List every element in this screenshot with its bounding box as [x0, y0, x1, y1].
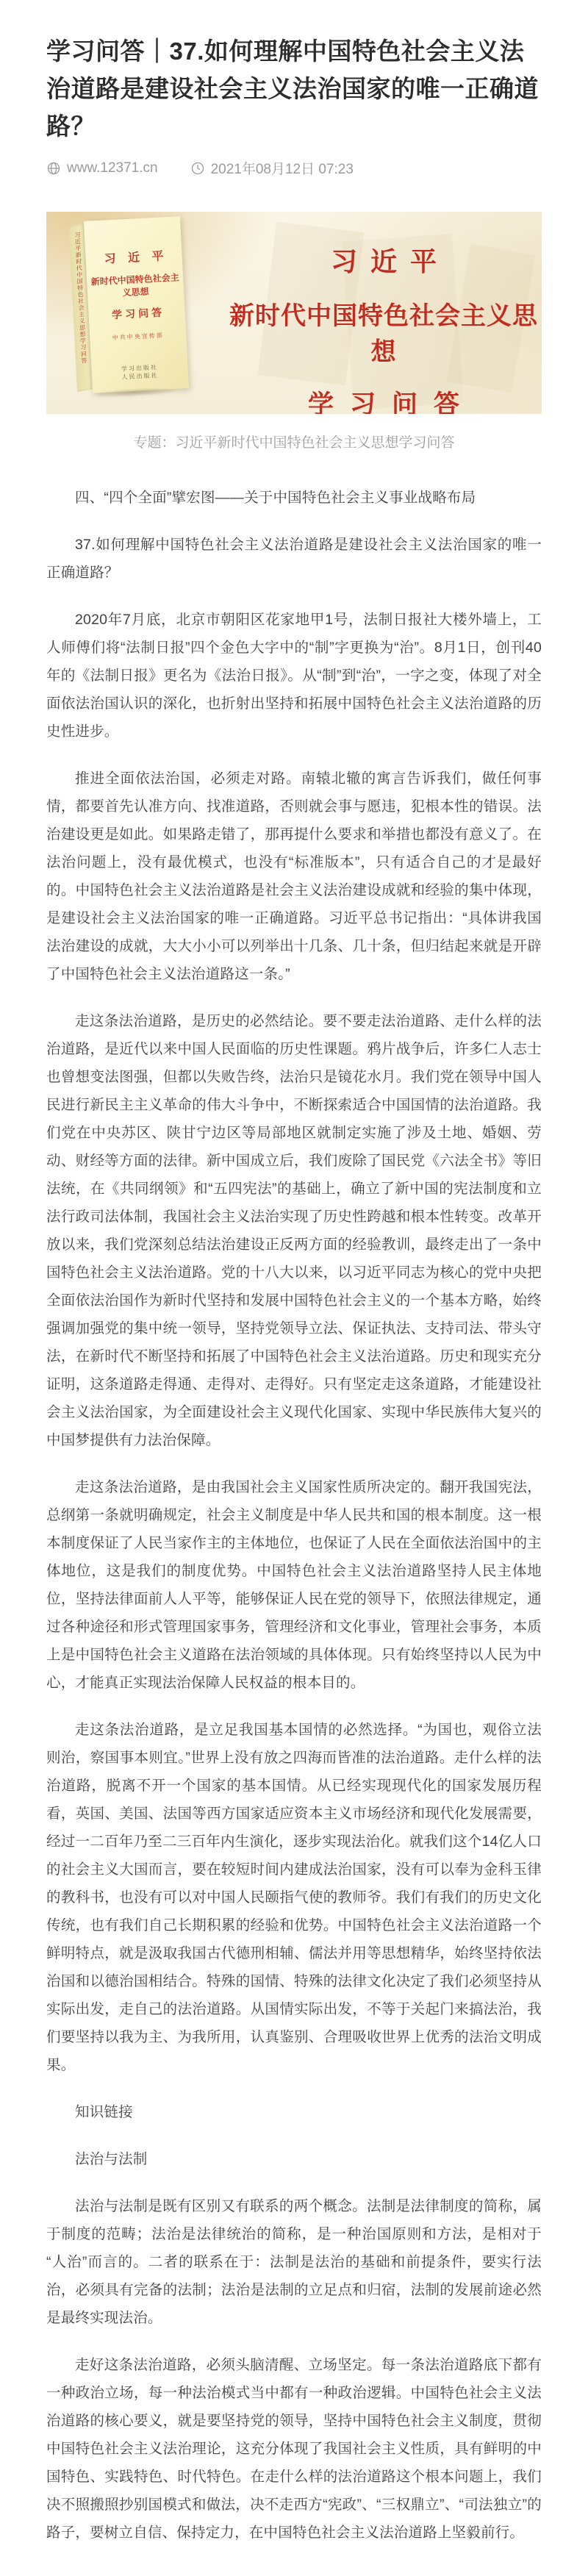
- article-page: 学习问答｜37.如何理解中国特色社会主义法治道路是建设社会主义法治国家的唯一正确…: [0, 32, 588, 2576]
- book-title-line1: 习 近 平: [85, 246, 182, 268]
- banner-headline: 习近平 新时代中国特色社会主义思想 学习问答: [229, 241, 539, 414]
- banner-caption: 专题：习近平新时代中国特色社会主义思想学习问答: [46, 432, 542, 451]
- banner-headline-line2: 新时代中国特色社会主义思想: [229, 296, 539, 368]
- clock-icon: [190, 161, 205, 176]
- article-paragraph: 走这条法治道路，是历史的必然结论。要不要走法治道路、走什么样的法治道路，是近代以…: [46, 1007, 542, 1454]
- article-paragraph: 法治与法制是既有区别又有联系的两个概念。法制是法律制度的简称，属于制度的范畴；法…: [46, 2192, 542, 2332]
- article-paragraph: 走这条法治道路，是立足我国基本国情的必然选择。“为国也，观俗立法则治，察国事本则…: [46, 1716, 542, 2079]
- article-paragraph: 37.如何理解中国特色社会主义法治道路是建设社会主义法治国家的唯一正确道路？: [46, 531, 542, 587]
- article-paragraph: 2020年7月底，北京市朝阳区花家地甲1号，法制日报社大楼外墙上，工人师傅们将“…: [46, 606, 542, 745]
- meta-row: www.12371.cn 2021年08月12日 07:23: [46, 158, 542, 178]
- book-publishers: 学习出版社 人民出版社: [91, 362, 188, 383]
- book-title-line3: 学习问答: [88, 304, 185, 323]
- article-paragraph: 走这条法治道路，是由我国社会主义国家性质所决定的。翻开我国宪法，总纲第一条就明确…: [46, 1473, 542, 1697]
- article-paragraph: 法治与法制: [46, 2145, 542, 2173]
- banner-headline-line3: 学习问答: [229, 384, 539, 414]
- book-front-cover: 习 近 平 新时代中国特色社会主义思想 学习问答 中共中央宣传部 学习出版社 人…: [84, 216, 189, 393]
- article-paragraph: 四、“四个全面”擘宏图——关于中国特色社会主义事业战略布局: [46, 484, 542, 512]
- article-body: 四、“四个全面”擘宏图——关于中国特色社会主义事业战略布局37.如何理解中国特色…: [46, 484, 542, 2547]
- article-paragraph: 推进全面依法治国，必须走对路。南辕北辙的寓言告诉我们，做任何事情，都要首先认准方…: [46, 765, 542, 988]
- book: 习近平新时代中国特色社会主义思想学习问答 习 近 平 新时代中国特色社会主义思想…: [68, 216, 189, 394]
- page-title: 学习问答｜37.如何理解中国特色社会主义法治道路是建设社会主义法治国家的唯一正确…: [46, 32, 542, 145]
- book-subtitle: 中共中央宣传部: [90, 330, 186, 343]
- source-text: www.12371.cn: [67, 160, 158, 176]
- time-item: 2021年08月12日 07:23: [190, 158, 354, 178]
- book-title-line2: 新时代中国特色社会主义思想: [87, 271, 184, 301]
- article-paragraph: 走好这条法治道路，必须头脑清醒、立场坚定。每一条法治道路底下都有一种政治立场，每…: [46, 2351, 542, 2547]
- globe-icon: [46, 161, 61, 176]
- banner-image: 习近平新时代中国特色社会主义思想学习问答 习 近 平 新时代中国特色社会主义思想…: [46, 212, 542, 414]
- banner-headline-line1: 习近平: [229, 241, 539, 279]
- publish-time: 2021年08月12日 07:23: [211, 158, 354, 178]
- source-item: www.12371.cn: [46, 160, 158, 176]
- article-paragraph: 知识链接: [46, 2098, 542, 2126]
